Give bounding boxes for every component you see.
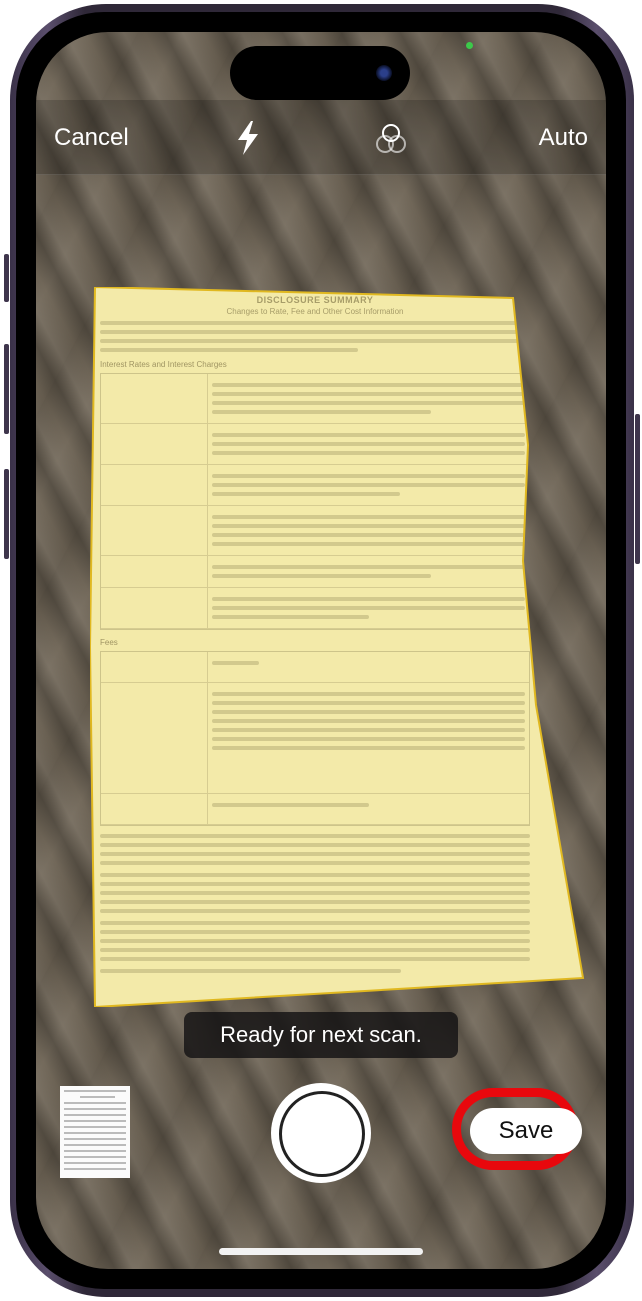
section-interest-rates: Interest Rates and Interest Charges [100,360,530,369]
power-button [635,414,640,564]
cancel-button[interactable]: Cancel [54,124,129,152]
section-fees: Fees [100,638,530,647]
shutter-button[interactable] [271,1083,371,1183]
document-subtitle: Changes to Rate, Fee and Other Cost Info… [100,307,530,316]
auto-mode-button[interactable]: Auto [539,124,588,152]
scanned-page-thumbnail[interactable] [60,1086,130,1178]
volume-down-button [4,469,9,559]
detected-document: DISCLOSURE SUMMARY Changes to Rate, Fee … [90,287,588,1007]
three-circles-filter-icon[interactable] [373,122,409,163]
dynamic-island [230,46,410,100]
front-camera-icon [376,65,392,81]
scanner-top-bar: Cancel Auto [36,100,606,175]
document-scanner-screen: Cancel Auto DISCLOSURE SUMMARY Changes t… [36,32,606,1269]
fees-table [100,651,530,826]
volume-up-button [4,344,9,434]
action-button [4,254,9,302]
home-indicator[interactable] [219,1248,423,1255]
status-toast: Ready for next scan. [184,1012,458,1058]
interest-table [100,373,530,630]
save-button[interactable]: Save [470,1108,582,1154]
shutter-ring-icon [279,1091,365,1177]
document-title: DISCLOSURE SUMMARY [100,295,530,305]
camera-in-use-indicator [466,42,473,49]
bolt-icon[interactable] [235,120,261,161]
